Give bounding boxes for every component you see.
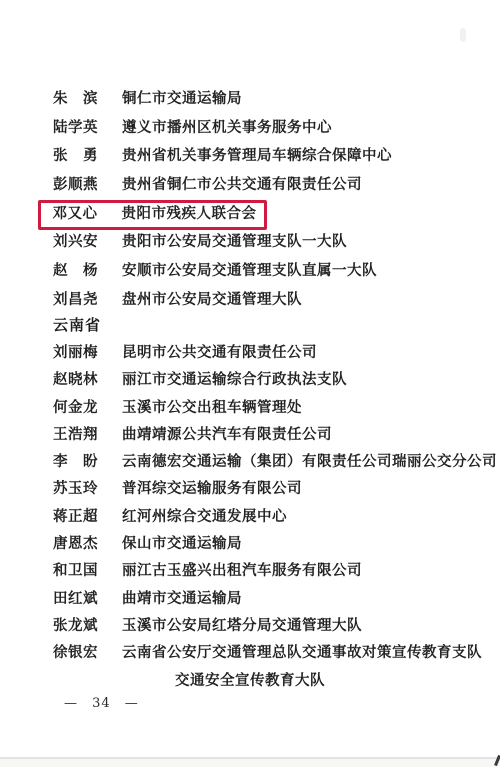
entry-name: 蒋正超 bbox=[53, 510, 98, 525]
entry-line: 赵晓林丽江市交通运输综合行政执法支队 bbox=[53, 373, 347, 388]
entry-name: 田红斌 bbox=[53, 592, 98, 607]
entry-name: 徐银宏 bbox=[53, 646, 98, 661]
list-entry: 苏玉玲普洱综交运输服务有限公司 bbox=[0, 478, 500, 505]
entry-line: 邓又心贵阳市残疾人联合会 bbox=[38, 200, 267, 231]
list-entry: 张龙斌玉溪市公安局红塔分局交通管理大队 bbox=[0, 615, 500, 642]
entry-line: 朱 滨铜仁市交通运输局 bbox=[53, 92, 242, 107]
list-entry: 蒋正超红河州综合交通发展中心 bbox=[0, 506, 500, 533]
entry-organization: 曲靖市交通运输局 bbox=[122, 592, 242, 607]
entry-name: 赵 杨 bbox=[53, 264, 98, 279]
entry-name: 刘兴安 bbox=[53, 235, 98, 250]
list-entry: 刘丽梅昆明市公共交通有限责任公司 bbox=[0, 342, 500, 369]
entry-organization: 盘州市公安局交通管理大队 bbox=[122, 293, 302, 308]
entry-line: 刘昌尧盘州市公安局交通管理大队 bbox=[53, 293, 302, 308]
entry-line: 苏玉玲普洱综交运输服务有限公司 bbox=[53, 482, 302, 497]
entry-organization: 普洱综交运输服务有限公司 bbox=[122, 482, 302, 497]
list-entry: 田红斌曲靖市交通运输局 bbox=[0, 588, 500, 615]
entry-line: 刘兴安贵阳市公安局交通管理支队一大队 bbox=[53, 235, 347, 250]
recipient-list: 朱 滨铜仁市交通运输局陆学英遵义市播州区机关事务服务中心张 勇贵州省机关事务管理… bbox=[0, 88, 500, 697]
entry-name: 赵晓林 bbox=[53, 373, 98, 388]
entry-name: 邓又心 bbox=[53, 207, 98, 222]
list-entry: 朱 滨铜仁市交通运输局 bbox=[0, 88, 500, 117]
entry-organization: 云南德宏交通运输（集团）有限责任公司瑞丽公交分公司 bbox=[122, 455, 497, 470]
entry-name: 陆学英 bbox=[53, 121, 98, 136]
entry-name: 朱 滨 bbox=[53, 92, 98, 107]
list-entry: 赵 杨安顺市公安局交通管理支队直属一大队 bbox=[0, 260, 500, 289]
entry-name: 何金龙 bbox=[53, 401, 98, 416]
entry-line: 李 盼云南德宏交通运输（集团）有限责任公司瑞丽公交分公司 bbox=[53, 455, 497, 470]
list-entry: 徐银宏云南省公安厅交通管理总队交通事故对策宣传教育支队交通安全宣传教育大队 bbox=[0, 642, 500, 697]
entry-line: 田红斌曲靖市交通运输局 bbox=[53, 592, 242, 607]
scan-smudge bbox=[460, 28, 466, 42]
entry-line: 王浩翔曲靖靖源公共汽车有限责任公司 bbox=[53, 428, 332, 443]
entry-name: 苏玉玲 bbox=[53, 482, 98, 497]
entry-organization: 安顺市公安局交通管理支队直属一大队 bbox=[122, 264, 377, 279]
entry-organization: 贵州省机关事务管理局车辆综合保障中心 bbox=[122, 149, 392, 164]
list-entry: 和卫国丽江古玉盛兴出租汽车服务有限公司 bbox=[0, 560, 500, 587]
entry-line: 和卫国丽江古玉盛兴出租汽车服务有限公司 bbox=[53, 564, 362, 579]
entry-organization: 昆明市公共交通有限责任公司 bbox=[122, 346, 317, 361]
list-entry: 王浩翔曲靖靖源公共汽车有限责任公司 bbox=[0, 424, 500, 451]
entry-line: 张 勇贵州省机关事务管理局车辆综合保障中心 bbox=[53, 149, 392, 164]
entry-organization-line2: 交通安全宣传教育大队 bbox=[53, 674, 500, 689]
entry-line: 陆学英遵义市播州区机关事务服务中心 bbox=[53, 121, 332, 136]
page-number: — 34 — bbox=[64, 696, 139, 711]
entry-name: 刘昌尧 bbox=[53, 293, 98, 308]
list-entry: 刘昌尧盘州市公安局交通管理大队 bbox=[0, 289, 500, 318]
scan-bottom-band bbox=[0, 759, 500, 767]
entry-organization: 玉溪市公安局红塔分局交通管理大队 bbox=[122, 619, 362, 634]
list-entry: 陆学英遵义市播州区机关事务服务中心 bbox=[0, 117, 500, 146]
list-entry: 唐恩杰保山市交通运输局 bbox=[0, 533, 500, 560]
entry-line: 何金龙玉溪市公交出租车辆管理处 bbox=[53, 401, 302, 416]
entry-organization: 丽江市交通运输综合行政执法支队 bbox=[122, 373, 347, 388]
list-entry: 赵晓林丽江市交通运输综合行政执法支队 bbox=[0, 369, 500, 396]
entry-organization: 红河州综合交通发展中心 bbox=[122, 510, 287, 525]
entry-organization: 保山市交通运输局 bbox=[122, 537, 242, 552]
section-header: 云南省 bbox=[0, 318, 500, 343]
list-entry-highlighted: 邓又心贵阳市残疾人联合会 bbox=[0, 203, 500, 232]
list-entry: 刘兴安贵阳市公安局交通管理支队一大队 bbox=[0, 231, 500, 260]
entry-line: 张龙斌玉溪市公安局红塔分局交通管理大队 bbox=[53, 619, 362, 634]
entry-organization: 云南省公安厅交通管理总队交通事故对策宣传教育支队 bbox=[122, 646, 482, 661]
entry-organization: 玉溪市公交出租车辆管理处 bbox=[122, 401, 302, 416]
entry-name: 张龙斌 bbox=[53, 619, 98, 634]
entry-line: 赵 杨安顺市公安局交通管理支队直属一大队 bbox=[53, 264, 377, 279]
entry-organization: 铜仁市交通运输局 bbox=[122, 92, 242, 107]
entry-line: 唐恩杰保山市交通运输局 bbox=[53, 537, 242, 552]
entry-organization: 丽江古玉盛兴出租汽车服务有限公司 bbox=[122, 564, 362, 579]
document-page: 朱 滨铜仁市交通运输局陆学英遵义市播州区机关事务服务中心张 勇贵州省机关事务管理… bbox=[0, 0, 500, 767]
entry-organization: 贵阳市公安局交通管理支队一大队 bbox=[122, 235, 347, 250]
entry-line: 徐银宏云南省公安厅交通管理总队交通事故对策宣传教育支队 bbox=[53, 646, 482, 661]
list-entry: 张 勇贵州省机关事务管理局车辆综合保障中心 bbox=[0, 145, 500, 174]
entry-name: 彭顺燕 bbox=[53, 178, 98, 193]
list-entry: 彭顺燕贵州省铜仁市公共交通有限责任公司 bbox=[0, 174, 500, 203]
entry-organization: 曲靖靖源公共汽车有限责任公司 bbox=[122, 428, 332, 443]
entry-name: 唐恩杰 bbox=[53, 537, 98, 552]
entry-line: 彭顺燕贵州省铜仁市公共交通有限责任公司 bbox=[53, 178, 362, 193]
entry-line: 刘丽梅昆明市公共交通有限责任公司 bbox=[53, 346, 317, 361]
list-entry: 李 盼云南德宏交通运输（集团）有限责任公司瑞丽公交分公司 bbox=[0, 451, 500, 478]
entry-name: 张 勇 bbox=[53, 149, 98, 164]
entry-line: 蒋正超红河州综合交通发展中心 bbox=[53, 510, 287, 525]
entry-organization: 贵阳市残疾人联合会 bbox=[122, 207, 257, 222]
entry-name: 刘丽梅 bbox=[53, 346, 98, 361]
entry-name: 李 盼 bbox=[53, 455, 98, 470]
entry-organization: 贵州省铜仁市公共交通有限责任公司 bbox=[122, 178, 362, 193]
entry-name: 和卫国 bbox=[53, 564, 98, 579]
entry-organization: 遵义市播州区机关事务服务中心 bbox=[122, 121, 332, 136]
list-entry: 何金龙玉溪市公交出租车辆管理处 bbox=[0, 397, 500, 424]
entry-name: 王浩翔 bbox=[53, 428, 98, 443]
